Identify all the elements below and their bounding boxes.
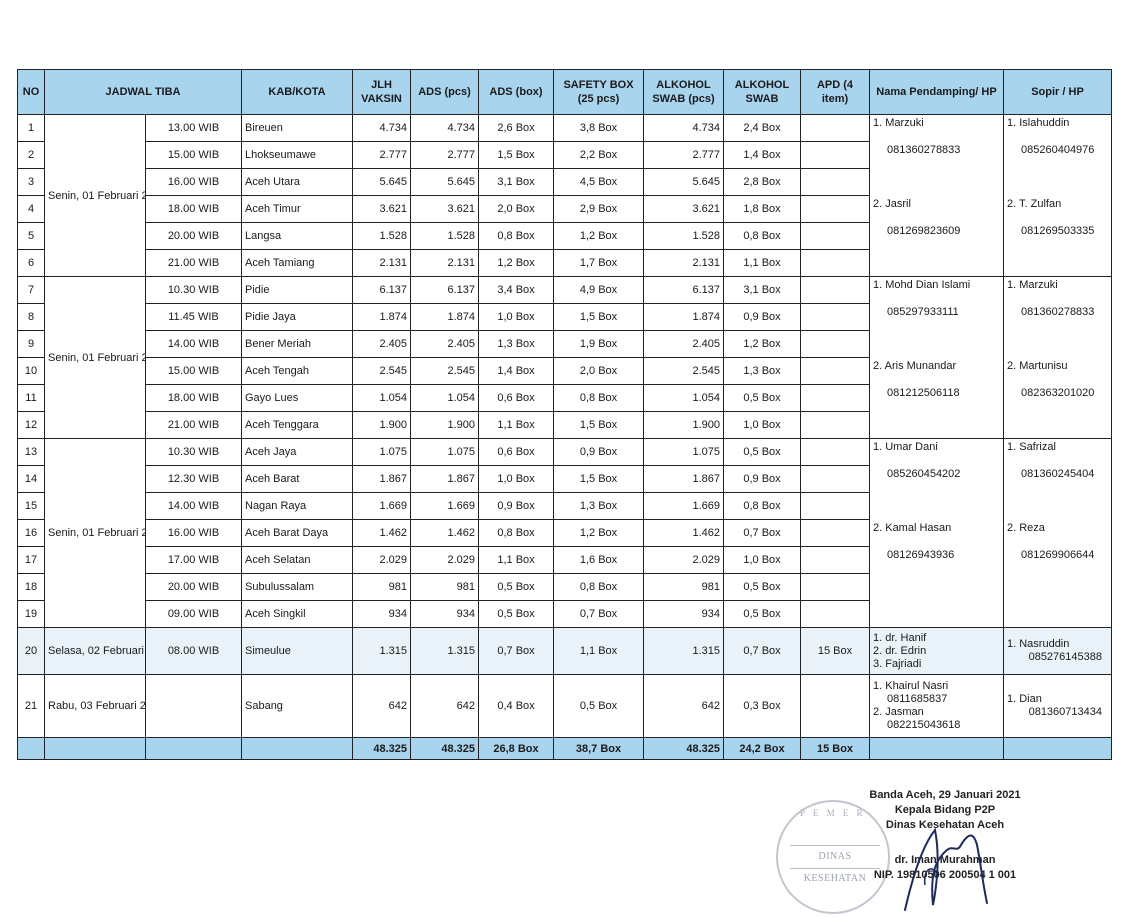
ads-pcs: 2.777 (411, 142, 479, 169)
ads-pcs: 3.621 (411, 196, 479, 223)
arrival-time: 20.00 WIB (146, 223, 242, 250)
pendamping-cell: 1. Umar Dani0852604542022. Kamal Hasan08… (870, 439, 1004, 628)
sopir-name: 1. Safrizal (1007, 439, 1108, 466)
arrival-date: Rabu, 03 Februari 2021 (45, 675, 146, 738)
alkohol-swab-pcs: 2.029 (644, 547, 724, 574)
apd (801, 169, 870, 196)
alkohol-swab-pcs: 1.669 (644, 493, 724, 520)
arrival-time: 10.30 WIB (146, 439, 242, 466)
arrival-time: 14.00 WIB (146, 493, 242, 520)
pendamping-phone: 081360278833 (873, 142, 1000, 169)
arrival-date: Senin, 01 Februari 2021 (45, 277, 146, 439)
jlh-vaksin: 1.528 (353, 223, 411, 250)
ads-pcs: 2.545 (411, 358, 479, 385)
ads-pcs: 1.669 (411, 493, 479, 520)
table-row: 7Senin, 01 Februari 202110.30 WIBPidie6.… (18, 277, 1112, 304)
pendamping-cell: 1. Khairul Nasri08116858372. Jasman08221… (870, 675, 1004, 738)
ads-pcs: 1.900 (411, 412, 479, 439)
ads-pcs: 2.405 (411, 331, 479, 358)
apd (801, 412, 870, 439)
table-row: 13Senin, 01 Februari 202110.30 WIBAceh J… (18, 439, 1112, 466)
row-number: 14 (18, 466, 45, 493)
apd (801, 304, 870, 331)
safety-box: 1,1 Box (554, 628, 644, 675)
safety-box: 1,5 Box (554, 466, 644, 493)
pendamping-name: 1. dr. Hanif (873, 632, 1000, 645)
safety-box: 4,5 Box (554, 169, 644, 196)
ads-box: 2,6 Box (479, 115, 554, 142)
apd (801, 439, 870, 466)
header-alkohol-swab-pcs: ALKOHOL SWAB (pcs) (644, 70, 724, 115)
kab-kota: Aceh Tamiang (242, 250, 353, 277)
apd (801, 250, 870, 277)
arrival-time: 21.00 WIB (146, 412, 242, 439)
safety-box: 1,2 Box (554, 223, 644, 250)
sopir-phone: 081269906644 (1007, 547, 1108, 574)
arrival-time: 18.00 WIB (146, 196, 242, 223)
pendamping-name: 1. Marzuki (873, 115, 1000, 142)
jlh-vaksin: 2.405 (353, 331, 411, 358)
row-number: 18 (18, 574, 45, 601)
ads-box: 1,0 Box (479, 466, 554, 493)
alkohol-swab-pcs: 1.528 (644, 223, 724, 250)
alkohol-swab: 0,5 Box (724, 601, 801, 628)
alkohol-swab: 0,9 Box (724, 304, 801, 331)
alkohol-swab-pcs: 1.867 (644, 466, 724, 493)
arrival-time: 10.30 WIB (146, 277, 242, 304)
kab-kota: Lhokseumawe (242, 142, 353, 169)
pendamping-name: 2. Jasman (873, 706, 1000, 719)
totals-row: 48.32548.32526,8 Box38,7 Box48.32524,2 B… (18, 738, 1112, 760)
safety-box: 1,9 Box (554, 331, 644, 358)
ads-box: 1,1 Box (479, 412, 554, 439)
ads-pcs: 2.029 (411, 547, 479, 574)
alkohol-swab-pcs: 1.075 (644, 439, 724, 466)
alkohol-swab: 1,0 Box (724, 412, 801, 439)
sopir-phone: 085260404976 (1007, 142, 1108, 169)
alkohol-swab-pcs: 934 (644, 601, 724, 628)
kab-kota: Bireuen (242, 115, 353, 142)
alkohol-swab: 0,7 Box (724, 520, 801, 547)
sopir-cell: 1. Safrizal0813602454042. Reza0812699066… (1004, 439, 1112, 628)
sopir-cell: 1. Dian081360713434 (1004, 675, 1112, 738)
arrival-date: Selasa, 02 Februari 2021 (45, 628, 146, 675)
arrival-time: 17.00 WIB (146, 547, 242, 574)
ads-box: 1,4 Box (479, 358, 554, 385)
jlh-vaksin: 3.621 (353, 196, 411, 223)
ads-box: 0,9 Box (479, 493, 554, 520)
sopir-cell: 1. Islahuddin0852604049762. T. Zulfan081… (1004, 115, 1112, 277)
row-number: 10 (18, 358, 45, 385)
row-number: 11 (18, 385, 45, 412)
safety-box: 1,7 Box (554, 250, 644, 277)
total-safety-box: 38,7 Box (554, 738, 644, 760)
alkohol-swab: 2,4 Box (724, 115, 801, 142)
arrival-date: Senin, 01 Februari 2021 (45, 115, 146, 277)
ads-pcs: 2.131 (411, 250, 479, 277)
pendamping-cell: 1. dr. Hanif2. dr. Edrin3. Fajriadi (870, 628, 1004, 675)
sopir-name: 1. Islahuddin (1007, 115, 1108, 142)
kab-kota: Bener Meriah (242, 331, 353, 358)
kab-kota: Subulussalam (242, 574, 353, 601)
row-number: 9 (18, 331, 45, 358)
arrival-time: 13.00 WIB (146, 115, 242, 142)
kab-kota: Aceh Jaya (242, 439, 353, 466)
arrival-date: Senin, 01 Februari 2021 (45, 439, 146, 628)
kab-kota: Sabang (242, 675, 353, 738)
table-row: 1Senin, 01 Februari 202113.00 WIBBireuen… (18, 115, 1112, 142)
pendamping-name: 1. Mohd Dian Islami (873, 277, 1000, 304)
row-number: 5 (18, 223, 45, 250)
document-page: NO JADWAL TIBA KAB/KOTA JLH VAKSIN ADS (… (0, 0, 1137, 917)
header-jadwal-tiba: JADWAL TIBA (45, 70, 242, 115)
row-number: 17 (18, 547, 45, 574)
apd (801, 547, 870, 574)
alkohol-swab: 3,1 Box (724, 277, 801, 304)
ads-box: 2,0 Box (479, 196, 554, 223)
pendamping-name: 3. Fajriadi (873, 658, 1000, 671)
arrival-time: 15.00 WIB (146, 142, 242, 169)
apd (801, 493, 870, 520)
table-row: 21Rabu, 03 Februari 2021Sabang6426420,4 … (18, 675, 1112, 738)
safety-box: 0,7 Box (554, 601, 644, 628)
arrival-time (146, 675, 242, 738)
ads-box: 0,8 Box (479, 520, 554, 547)
row-number: 4 (18, 196, 45, 223)
row-number: 13 (18, 439, 45, 466)
ads-box: 0,5 Box (479, 574, 554, 601)
alkohol-swab: 1,8 Box (724, 196, 801, 223)
empty-cell (146, 738, 242, 760)
apd (801, 601, 870, 628)
empty-cell (18, 738, 45, 760)
total-alkohol-swab: 24,2 Box (724, 738, 801, 760)
jlh-vaksin: 2.029 (353, 547, 411, 574)
pendamping-phone: 08126943936 (873, 547, 1000, 574)
jlh-vaksin: 2.545 (353, 358, 411, 385)
header-kab-kota: KAB/KOTA (242, 70, 353, 115)
ads-box: 3,1 Box (479, 169, 554, 196)
safety-box: 2,2 Box (554, 142, 644, 169)
arrival-time: 12.30 WIB (146, 466, 242, 493)
kab-kota: Nagan Raya (242, 493, 353, 520)
sopir-name: 1. Marzuki (1007, 277, 1108, 304)
safety-box: 0,5 Box (554, 675, 644, 738)
arrival-time: 18.00 WIB (146, 385, 242, 412)
alkohol-swab: 0,5 Box (724, 385, 801, 412)
empty-cell (1004, 738, 1112, 760)
empty-cell (870, 738, 1004, 760)
ads-pcs: 6.137 (411, 277, 479, 304)
row-number: 19 (18, 601, 45, 628)
header-ads-box: ADS (box) (479, 70, 554, 115)
row-number: 3 (18, 169, 45, 196)
safety-box: 1,5 Box (554, 412, 644, 439)
pendamping-phone: 082215043618 (873, 719, 1000, 732)
ads-pcs: 1.867 (411, 466, 479, 493)
header-safety-box: SAFETY BOX (25 pcs) (554, 70, 644, 115)
sopir-name: 2. T. Zulfan (1007, 196, 1108, 223)
kab-kota: Pidie (242, 277, 353, 304)
ads-pcs: 5.645 (411, 169, 479, 196)
ads-pcs: 1.462 (411, 520, 479, 547)
arrival-time: 16.00 WIB (146, 169, 242, 196)
jlh-vaksin: 2.131 (353, 250, 411, 277)
jlh-vaksin: 2.777 (353, 142, 411, 169)
alkohol-swab-pcs: 2.777 (644, 142, 724, 169)
arrival-time: 08.00 WIB (146, 628, 242, 675)
apd (801, 520, 870, 547)
kab-kota: Aceh Tengah (242, 358, 353, 385)
alkohol-swab-pcs: 1.315 (644, 628, 724, 675)
kab-kota: Aceh Tenggara (242, 412, 353, 439)
apd (801, 277, 870, 304)
row-number: 12 (18, 412, 45, 439)
pendamping-name: 2. Kamal Hasan (873, 520, 1000, 547)
safety-box: 1,2 Box (554, 520, 644, 547)
alkohol-swab: 0,5 Box (724, 439, 801, 466)
jlh-vaksin: 1.315 (353, 628, 411, 675)
sopir-phone: 081360713434 (1007, 706, 1108, 719)
safety-box: 2,0 Box (554, 358, 644, 385)
jlh-vaksin: 1.874 (353, 304, 411, 331)
sopir-phone: 085276145388 (1007, 651, 1108, 664)
table-body: 1Senin, 01 Februari 202113.00 WIBBireuen… (18, 115, 1112, 760)
total-alkohol-swab-pcs: 48.325 (644, 738, 724, 760)
apd (801, 466, 870, 493)
arrival-time: 14.00 WIB (146, 331, 242, 358)
row-number: 7 (18, 277, 45, 304)
kab-kota: Pidie Jaya (242, 304, 353, 331)
alkohol-swab: 1,4 Box (724, 142, 801, 169)
vaccine-distribution-table: NO JADWAL TIBA KAB/KOTA JLH VAKSIN ADS (… (17, 69, 1112, 760)
arrival-time: 09.00 WIB (146, 601, 242, 628)
alkohol-swab-pcs: 3.621 (644, 196, 724, 223)
alkohol-swab: 2,8 Box (724, 169, 801, 196)
ads-pcs: 1.075 (411, 439, 479, 466)
ads-box: 0,7 Box (479, 628, 554, 675)
arrival-time: 11.45 WIB (146, 304, 242, 331)
header-ads-pcs: ADS (pcs) (411, 70, 479, 115)
pendamping-name: 1. Umar Dani (873, 439, 1000, 466)
safety-box: 1,5 Box (554, 304, 644, 331)
alkohol-swab: 0,3 Box (724, 675, 801, 738)
sopir-name: 2. Martunisu (1007, 358, 1108, 385)
kab-kota: Langsa (242, 223, 353, 250)
safety-box: 2,9 Box (554, 196, 644, 223)
safety-box: 1,6 Box (554, 547, 644, 574)
row-number: 20 (18, 628, 45, 675)
empty-cell (242, 738, 353, 760)
pendamping-name: 2. dr. Edrin (873, 645, 1000, 658)
pendamping-name: 2. Aris Munandar (873, 358, 1000, 385)
total-ads-box: 26,8 Box (479, 738, 554, 760)
arrival-time: 15.00 WIB (146, 358, 242, 385)
jlh-vaksin: 4.734 (353, 115, 411, 142)
row-number: 2 (18, 142, 45, 169)
jlh-vaksin: 981 (353, 574, 411, 601)
alkohol-swab: 1,0 Box (724, 547, 801, 574)
apd (801, 223, 870, 250)
ads-box: 0,4 Box (479, 675, 554, 738)
arrival-time: 16.00 WIB (146, 520, 242, 547)
ads-box: 1,3 Box (479, 331, 554, 358)
total-apd: 15 Box (801, 738, 870, 760)
total-jlh-vaksin: 48.325 (353, 738, 411, 760)
jlh-vaksin: 1.054 (353, 385, 411, 412)
apd (801, 331, 870, 358)
kab-kota: Simeulue (242, 628, 353, 675)
safety-box: 0,8 Box (554, 385, 644, 412)
ads-box: 1,5 Box (479, 142, 554, 169)
safety-box: 1,3 Box (554, 493, 644, 520)
ads-pcs: 1.874 (411, 304, 479, 331)
ads-box: 0,6 Box (479, 439, 554, 466)
apd (801, 574, 870, 601)
row-number: 8 (18, 304, 45, 331)
header-alkohol-swab: ALKOHOL SWAB (724, 70, 801, 115)
safety-box: 0,8 Box (554, 574, 644, 601)
alkohol-swab: 0,7 Box (724, 628, 801, 675)
safety-box: 3,8 Box (554, 115, 644, 142)
sopir-phone: 081360278833 (1007, 304, 1108, 331)
handwritten-signature-icon (895, 815, 1005, 915)
sopir-cell: 1. Nasruddin085276145388 (1004, 628, 1112, 675)
ads-box: 1,1 Box (479, 547, 554, 574)
kab-kota: Aceh Selatan (242, 547, 353, 574)
jlh-vaksin: 934 (353, 601, 411, 628)
jlh-vaksin: 642 (353, 675, 411, 738)
jlh-vaksin: 1.075 (353, 439, 411, 466)
ads-pcs: 981 (411, 574, 479, 601)
pendamping-cell: 1. Marzuki0813602788332. Jasril081269823… (870, 115, 1004, 277)
ads-pcs: 934 (411, 601, 479, 628)
alkohol-swab-pcs: 4.734 (644, 115, 724, 142)
alkohol-swab: 1,3 Box (724, 358, 801, 385)
alkohol-swab-pcs: 6.137 (644, 277, 724, 304)
table-row: 20Selasa, 02 Februari 202108.00 WIBSimeu… (18, 628, 1112, 675)
total-ads-pcs: 48.325 (411, 738, 479, 760)
apd (801, 385, 870, 412)
alkohol-swab-pcs: 2.545 (644, 358, 724, 385)
alkohol-swab: 1,2 Box (724, 331, 801, 358)
row-number: 1 (18, 115, 45, 142)
jlh-vaksin: 1.669 (353, 493, 411, 520)
pendamping-name: 1. Khairul Nasri (873, 680, 1000, 693)
kab-kota: Aceh Barat Daya (242, 520, 353, 547)
table-header-row: NO JADWAL TIBA KAB/KOTA JLH VAKSIN ADS (… (18, 70, 1112, 115)
sopir-name: 1. Dian (1007, 693, 1108, 706)
pendamping-phone: 0811685837 (873, 693, 1000, 706)
jlh-vaksin: 6.137 (353, 277, 411, 304)
header-pendamping: Nama Pendamping/ HP (870, 70, 1004, 115)
row-number: 21 (18, 675, 45, 738)
pendamping-phone: 081269823609 (873, 223, 1000, 250)
apd (801, 115, 870, 142)
alkohol-swab-pcs: 1.462 (644, 520, 724, 547)
safety-box: 0,9 Box (554, 439, 644, 466)
jlh-vaksin: 5.645 (353, 169, 411, 196)
jlh-vaksin: 1.900 (353, 412, 411, 439)
apd (801, 358, 870, 385)
pendamping-phone: 085297933111 (873, 304, 1000, 331)
arrival-time: 21.00 WIB (146, 250, 242, 277)
alkohol-swab: 0,9 Box (724, 466, 801, 493)
ads-box: 0,5 Box (479, 601, 554, 628)
alkohol-swab: 0,8 Box (724, 493, 801, 520)
jlh-vaksin: 1.867 (353, 466, 411, 493)
kab-kota: Aceh Barat (242, 466, 353, 493)
pendamping-cell: 1. Mohd Dian Islami0852979331112. Aris M… (870, 277, 1004, 439)
alkohol-swab-pcs: 642 (644, 675, 724, 738)
ads-box: 3,4 Box (479, 277, 554, 304)
pendamping-phone: 085260454202 (873, 466, 1000, 493)
ads-pcs: 642 (411, 675, 479, 738)
alkohol-swab-pcs: 5.645 (644, 169, 724, 196)
sopir-cell: 1. Marzuki0813602788332. Martunisu082363… (1004, 277, 1112, 439)
alkohol-swab-pcs: 1.054 (644, 385, 724, 412)
ads-box: 1,0 Box (479, 304, 554, 331)
kab-kota: Aceh Utara (242, 169, 353, 196)
arrival-time: 20.00 WIB (146, 574, 242, 601)
kab-kota: Gayo Lues (242, 385, 353, 412)
alkohol-swab-pcs: 981 (644, 574, 724, 601)
pendamping-name: 2. Jasril (873, 196, 1000, 223)
sopir-phone: 082363201020 (1007, 385, 1108, 412)
row-number: 15 (18, 493, 45, 520)
signature-place-date: Banda Aceh, 29 Januari 2021 (850, 788, 1040, 803)
alkohol-swab: 1,1 Box (724, 250, 801, 277)
ads-pcs: 4.734 (411, 115, 479, 142)
alkohol-swab: 0,5 Box (724, 574, 801, 601)
sopir-phone: 081269503335 (1007, 223, 1108, 250)
alkohol-swab-pcs: 2.405 (644, 331, 724, 358)
row-number: 16 (18, 520, 45, 547)
alkohol-swab: 0,8 Box (724, 223, 801, 250)
alkohol-swab-pcs: 2.131 (644, 250, 724, 277)
alkohol-swab-pcs: 1.900 (644, 412, 724, 439)
alkohol-swab-pcs: 1.874 (644, 304, 724, 331)
apd: 15 Box (801, 628, 870, 675)
kab-kota: Aceh Timur (242, 196, 353, 223)
header-no: NO (18, 70, 45, 115)
apd (801, 196, 870, 223)
header-sopir: Sopir / HP (1004, 70, 1112, 115)
ads-pcs: 1.315 (411, 628, 479, 675)
ads-pcs: 1.528 (411, 223, 479, 250)
kab-kota: Aceh Singkil (242, 601, 353, 628)
apd (801, 142, 870, 169)
pendamping-phone: 081212506118 (873, 385, 1000, 412)
ads-box: 1,2 Box (479, 250, 554, 277)
jlh-vaksin: 1.462 (353, 520, 411, 547)
ads-box: 0,6 Box (479, 385, 554, 412)
ads-pcs: 1.054 (411, 385, 479, 412)
header-jlh-vaksin: JLH VAKSIN (353, 70, 411, 115)
empty-cell (45, 738, 146, 760)
sopir-phone: 081360245404 (1007, 466, 1108, 493)
ads-box: 0,8 Box (479, 223, 554, 250)
sopir-name: 1. Nasruddin (1007, 638, 1108, 651)
row-number: 6 (18, 250, 45, 277)
apd (801, 675, 870, 738)
header-apd: APD (4 item) (801, 70, 870, 115)
sopir-name: 2. Reza (1007, 520, 1108, 547)
safety-box: 4,9 Box (554, 277, 644, 304)
